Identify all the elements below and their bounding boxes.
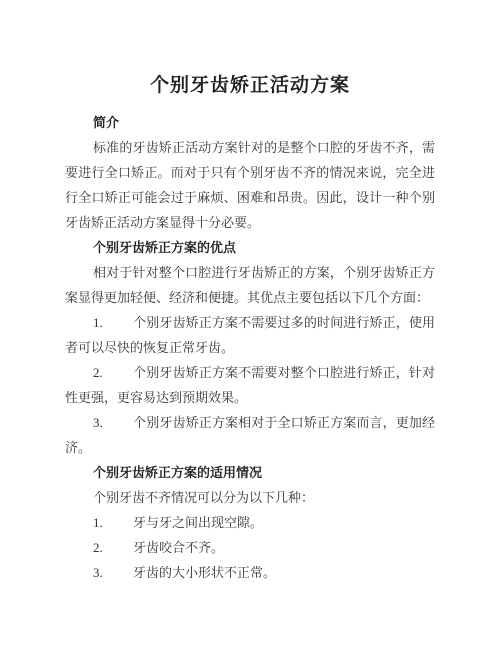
list-item-number: 3. [93,410,133,435]
paragraph-advantages-intro: 相对于针对整个口腔进行牙齿矫正的方案，个别牙齿矫正方案显得更加轻便、经济和便捷。… [65,260,435,310]
list-item-text: 牙齿的大小形状不正常。 [133,565,276,580]
list-item-number: 1. [93,510,133,535]
advantages-list-item-2: 2.个别牙齿矫正方案不需要对整个口腔进行矫正，针对性更强，更容易达到预期效果。 [65,360,435,410]
cases-list-item-1: 1.牙与牙之间出现空隙。 [65,510,435,535]
advantages-list-item-3: 3.个别牙齿矫正方案相对于全口矫正方案而言，更加经济。 [65,410,435,460]
list-item-text: 牙齿咬合不齐。 [133,540,224,555]
cases-list-item-2: 2.牙齿咬合不齐。 [65,535,435,560]
document-page: 个别牙齿矫正活动方案 简介 标准的牙齿矫正活动方案针对的是整个口腔的牙齿不齐，需… [0,0,500,647]
advantages-list-item-1: 1.个别牙齿矫正方案不需要过多的时间进行矫正，使用者可以尽快的恢复正常牙齿。 [65,310,435,360]
list-item-number: 1. [93,310,133,335]
list-item-number: 2. [93,535,133,560]
section-heading-applicability: 个别牙齿矫正方案的适用情况 [65,460,435,485]
document-title: 个别牙齿矫正活动方案 [65,73,435,98]
paragraph-applicability-intro: 个别牙齿不齐情况可以分为以下几种： [65,485,435,510]
list-item-number: 3. [93,560,133,585]
list-item-text: 牙与牙之间出现空隙。 [133,515,263,530]
list-item-number: 2. [93,360,133,385]
section-heading-advantages: 个别牙齿矫正方案的优点 [65,235,435,260]
section-heading-intro: 简介 [65,110,435,135]
paragraph-intro: 标准的牙齿矫正活动方案针对的是整个口腔的牙齿不齐，需要进行全口矫正。而对于只有个… [65,135,435,235]
cases-list-item-3: 3.牙齿的大小形状不正常。 [65,560,435,585]
